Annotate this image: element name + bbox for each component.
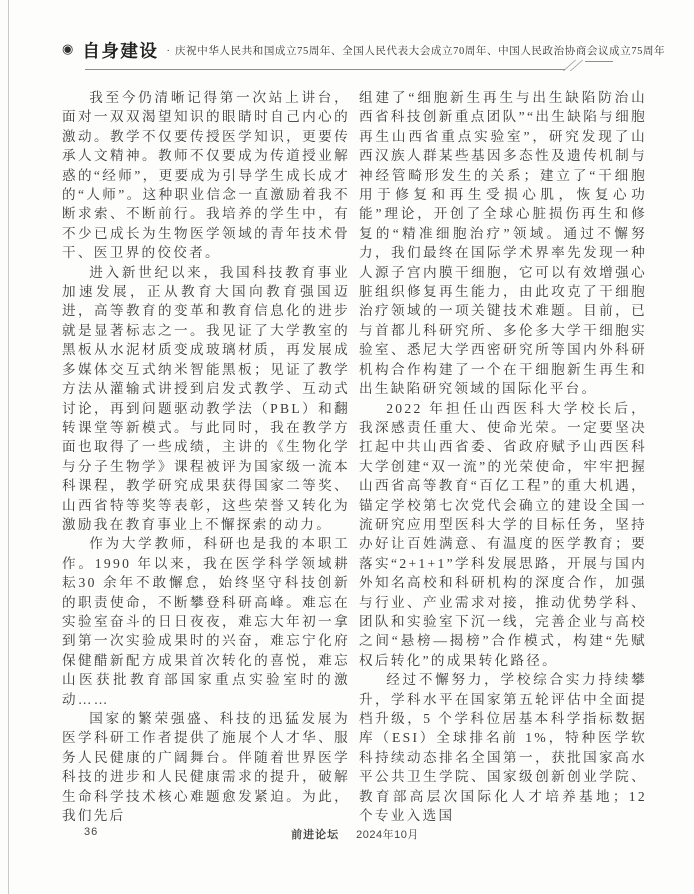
section-bullet-icon: ◉ (62, 41, 73, 57)
header-separator: · (166, 45, 170, 57)
issue-date: 2024年10月 (356, 829, 419, 841)
header-subtitle: 庆祝中华人民共和国成立75周年、全国人民代表大会成立70周年、中国人民政治协商会… (175, 46, 665, 57)
paragraph-research-career: 作为大学教师，科研也是我的本职工作。1990 年以来，我在医学科学领域耕耘30 … (62, 534, 350, 709)
section-title: 自身建设 (82, 41, 158, 61)
paragraph-education-progress: 进入新世纪以来，我国科技教育事业加速发展，正从教育大国向教育强国迈进，高等教育的… (62, 263, 350, 535)
left-column: 我至今仍清晰记得第一次站上讲台，面对一双双渴望知识的眼睛时自己内心的激动。教学不… (62, 88, 350, 824)
paragraph-teaching-memory: 我至今仍清晰记得第一次站上讲台，面对一双双渴望知识的眼睛时自己内心的激动。教学不… (62, 88, 350, 263)
article-body: 我至今仍清晰记得第一次站上讲台，面对一双双渴望知识的眼睛时自己内心的激动。教学不… (62, 88, 648, 824)
paragraph-research-platform: 组建了“细胞新生再生与出生缺陷防治山西省科技创新重点团队”“出生缺陷与细胞再生山… (359, 88, 647, 399)
magazine-page: ◉自身建设·庆祝中华人民共和国成立75周年、全国人民代表大会成立70周年、中国人… (0, 0, 694, 894)
paragraph-university-achievements: 经过不懈努力，学校综合实力持续攀升，学科水平在国家第五轮评估中全面提档升级，5 … (359, 670, 647, 824)
page-edge-line (8, 0, 9, 894)
header-rule-right-segment (585, 61, 613, 62)
page-footer: 36 前进论坛 2024年10月 (62, 826, 648, 844)
paragraph-national-development: 国家的繁荣强盛、科技的迅猛发展为医学科研工作者提供了施展个人才华、服务人民健康的… (62, 709, 350, 824)
header-rule-left-segment (85, 69, 565, 70)
footer-center: 前进论坛 2024年10月 (62, 826, 648, 842)
header-rule (85, 60, 649, 72)
journal-name: 前进论坛 (291, 829, 339, 841)
right-column: 组建了“细胞新生再生与出生缺陷防治山西省科技创新重点团队”“出生缺陷与细胞再生山… (359, 88, 647, 824)
paragraph-university-president: 2022 年担任山西医科大学校长后，我深感责任重大、使命光荣。一定要坚决扛起中共… (359, 399, 647, 671)
page-header: ◉自身建设·庆祝中华人民共和国成立75周年、全国人民代表大会成立70周年、中国人… (62, 38, 648, 74)
